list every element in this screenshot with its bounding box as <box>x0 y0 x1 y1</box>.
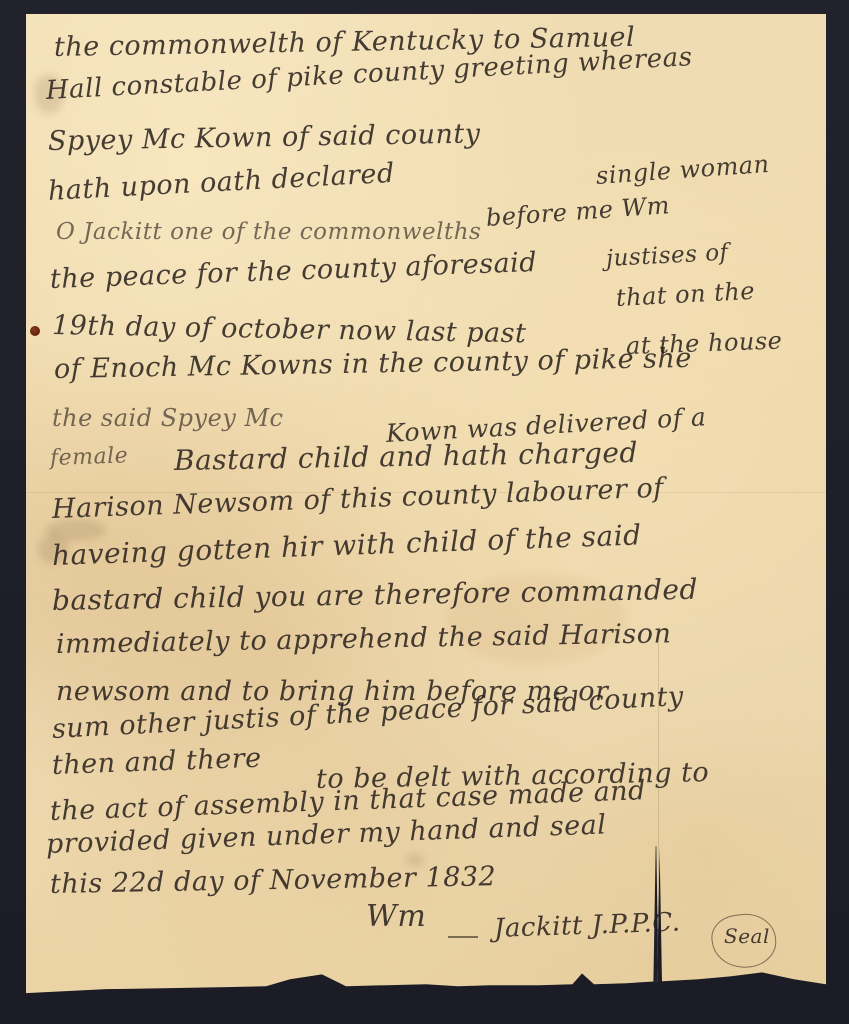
text-line-6: the peace for the county aforesaid <box>49 247 537 295</box>
text-line-4: hath upon oath declared <box>47 158 395 207</box>
text-line-6b: justises of <box>605 240 729 272</box>
signature-surname-title: Jackitt J.P.P.C. <box>493 907 681 943</box>
text-line-4b: single woman <box>595 150 770 190</box>
wax-dot <box>30 326 40 336</box>
text-line-5b: before me Wm <box>485 191 671 232</box>
text-line-20: this 22d day of November 1832 <box>50 861 497 900</box>
text-line-3: Spyey Mc Kown of said county <box>48 118 481 157</box>
text-line-9: the said Spyey Mc <box>52 404 284 432</box>
signature-first-name: Wm <box>366 899 426 934</box>
text-line-17a: then and there <box>51 743 262 781</box>
text-line-8: of Enoch Mc Kowns in the county of pike … <box>54 343 692 385</box>
text-line-10: Bastard child and hath charged <box>174 436 638 477</box>
text-line-12: haveing gotten hir with child of the sai… <box>51 518 642 572</box>
text-line-7: 19th day of october now last past <box>52 310 527 349</box>
seal-label: Seal <box>724 924 770 948</box>
manuscript-page: the commonwelth of Kentucky to Samuel Ha… <box>26 14 826 1000</box>
signature-underline <box>448 936 478 938</box>
text-line-10a: female <box>50 443 129 471</box>
text-line-11: Harison Newsom of this county labourer o… <box>51 473 664 525</box>
text-line-5: O Jackitt one of the commonwelths <box>56 219 481 245</box>
text-line-7b: that on the <box>615 277 755 312</box>
